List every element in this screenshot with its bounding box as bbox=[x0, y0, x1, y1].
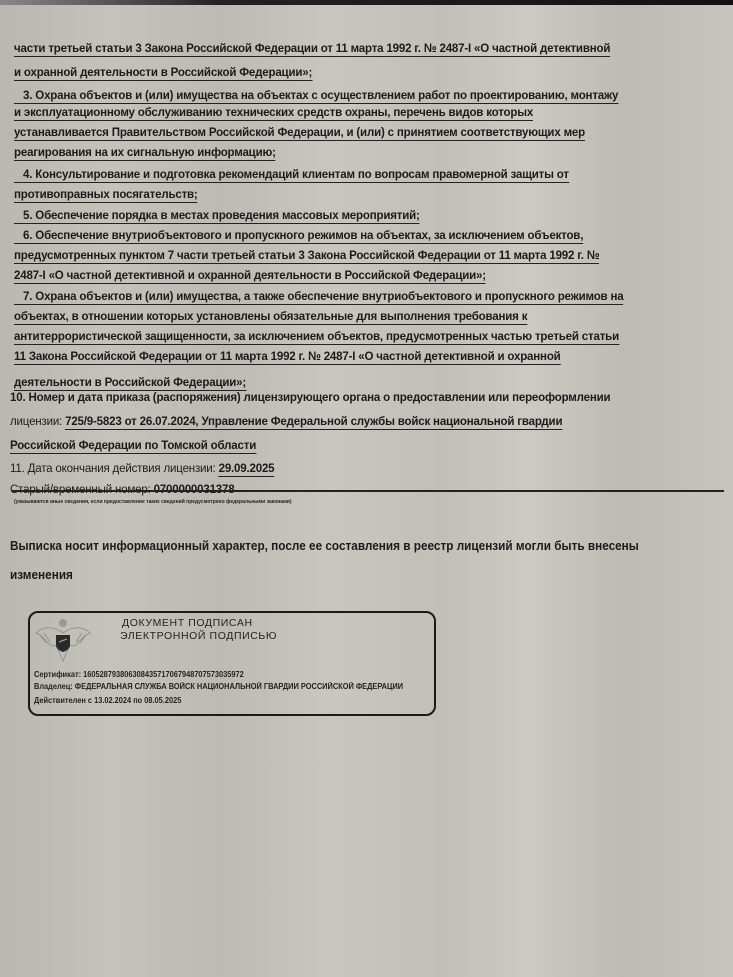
document-line: 7. Охрана объектов и (или) имущества, а … bbox=[14, 288, 623, 304]
document-line: противоправных посягательств; bbox=[14, 186, 198, 202]
line-text: 6. Обеспечение внутриобъектового и пропу… bbox=[14, 228, 583, 244]
notice-line-1: Выписка носит информационный характер, п… bbox=[10, 538, 639, 553]
line-text: части третьей статьи 3 Закона Российской… bbox=[14, 41, 610, 57]
licensing-authority-value: Российской Федерации по Томской области bbox=[10, 438, 256, 454]
line-text: объектах, в отношении которых установлен… bbox=[14, 309, 527, 325]
document-line: антитеррористической защищенности, за ис… bbox=[14, 328, 619, 344]
line-text: противоправных посягательств; bbox=[14, 187, 198, 203]
document-line: устанавливается Правительством Российско… bbox=[14, 124, 585, 140]
item-11: 11. Дата окончания действия лицензии: 29… bbox=[10, 460, 274, 476]
stamp-title-2: ЭЛЕКТРОННОЙ ПОДПИСЬЮ bbox=[120, 630, 277, 642]
order-number-value: 725/9-5823 от 26.07.2024, Управление Фед… bbox=[65, 414, 562, 430]
line-text: 2487-I «О частной детективной и охранной… bbox=[14, 268, 486, 284]
line-text: антитеррористической защищенности, за ис… bbox=[14, 329, 619, 345]
document-line: 4. Консультирование и подготовка рекомен… bbox=[14, 166, 569, 182]
divider-line bbox=[12, 490, 724, 492]
document-line: и эксплуатационному обслуживанию техниче… bbox=[14, 104, 533, 120]
document-line: и охранной деятельности в Российской Фед… bbox=[14, 64, 312, 80]
expiry-date-value: 29.09.2025 bbox=[219, 461, 275, 477]
item-10-value-line1: лицензии: 725/9-5823 от 26.07.2024, Упра… bbox=[10, 413, 562, 429]
item-10-label: 10. Номер и дата приказа (распоряжения) … bbox=[10, 389, 610, 405]
line-text: и эксплуатационному обслуживанию техниче… bbox=[14, 105, 533, 121]
document-line: 2487-I «О частной детективной и охранной… bbox=[14, 267, 486, 283]
old-number: Старый/временный номер: 0700000031378 bbox=[10, 481, 234, 497]
stamp-title-1: ДОКУМЕНТ ПОДПИСАН bbox=[122, 617, 253, 629]
document-line: части третьей статьи 3 Закона Российской… bbox=[14, 40, 610, 56]
footnote: (указываются иные сведения, если предост… bbox=[14, 499, 292, 505]
document-line: объектах, в отношении которых установлен… bbox=[14, 308, 527, 324]
document-line: 5. Обеспечение порядка в местах проведен… bbox=[14, 207, 420, 223]
line-text: 7. Охрана объектов и (или) имущества, а … bbox=[14, 289, 623, 305]
certificate-owner: Владелец: ФЕДЕРАЛЬНАЯ СЛУЖБА ВОЙСК НАЦИО… bbox=[34, 682, 403, 691]
electronic-signature-stamp: ДОКУМЕНТ ПОДПИСАН ЭЛЕКТРОННОЙ ПОДПИСЬЮ С… bbox=[28, 611, 436, 716]
line-text: 5. Обеспечение порядка в местах проведен… bbox=[14, 208, 420, 224]
document-line: реагирования на их сигнальную информацию… bbox=[14, 144, 276, 160]
item-10-value-line2: Российской Федерации по Томской области bbox=[10, 437, 256, 453]
certificate-validity: Действителен с 13.02.2024 по 08.05.2025 bbox=[34, 696, 181, 705]
photo-top-edge bbox=[0, 0, 733, 5]
line-text: 4. Консультирование и подготовка рекомен… bbox=[14, 167, 569, 183]
line-text: 3. Охрана объектов и (или) имущества на … bbox=[14, 88, 618, 104]
document-line: 11 Закона Российской Федерации от 11 мар… bbox=[14, 348, 561, 364]
certificate-number: Сертификат: 1605287938063084357170679487… bbox=[34, 670, 244, 679]
line-text: предусмотренных пунктом 7 части третьей … bbox=[14, 248, 599, 264]
rosgvardia-emblem-icon bbox=[32, 615, 94, 665]
line-text: устанавливается Правительством Российско… bbox=[14, 125, 585, 141]
line-text: реагирования на их сигнальную информацию… bbox=[14, 145, 276, 161]
document-line: 6. Обеспечение внутриобъектового и пропу… bbox=[14, 227, 583, 243]
old-number-value: 0700000031378 bbox=[154, 482, 235, 496]
document-line: 3. Охрана объектов и (или) имущества на … bbox=[14, 87, 618, 103]
document-line: предусмотренных пунктом 7 части третьей … bbox=[14, 247, 599, 263]
document-line: деятельности в Российской Федерации»; bbox=[14, 374, 246, 390]
line-text: и охранной деятельности в Российской Фед… bbox=[14, 65, 312, 81]
line-text: 11 Закона Российской Федерации от 11 мар… bbox=[14, 349, 561, 365]
notice-line-2: изменения bbox=[10, 567, 73, 582]
